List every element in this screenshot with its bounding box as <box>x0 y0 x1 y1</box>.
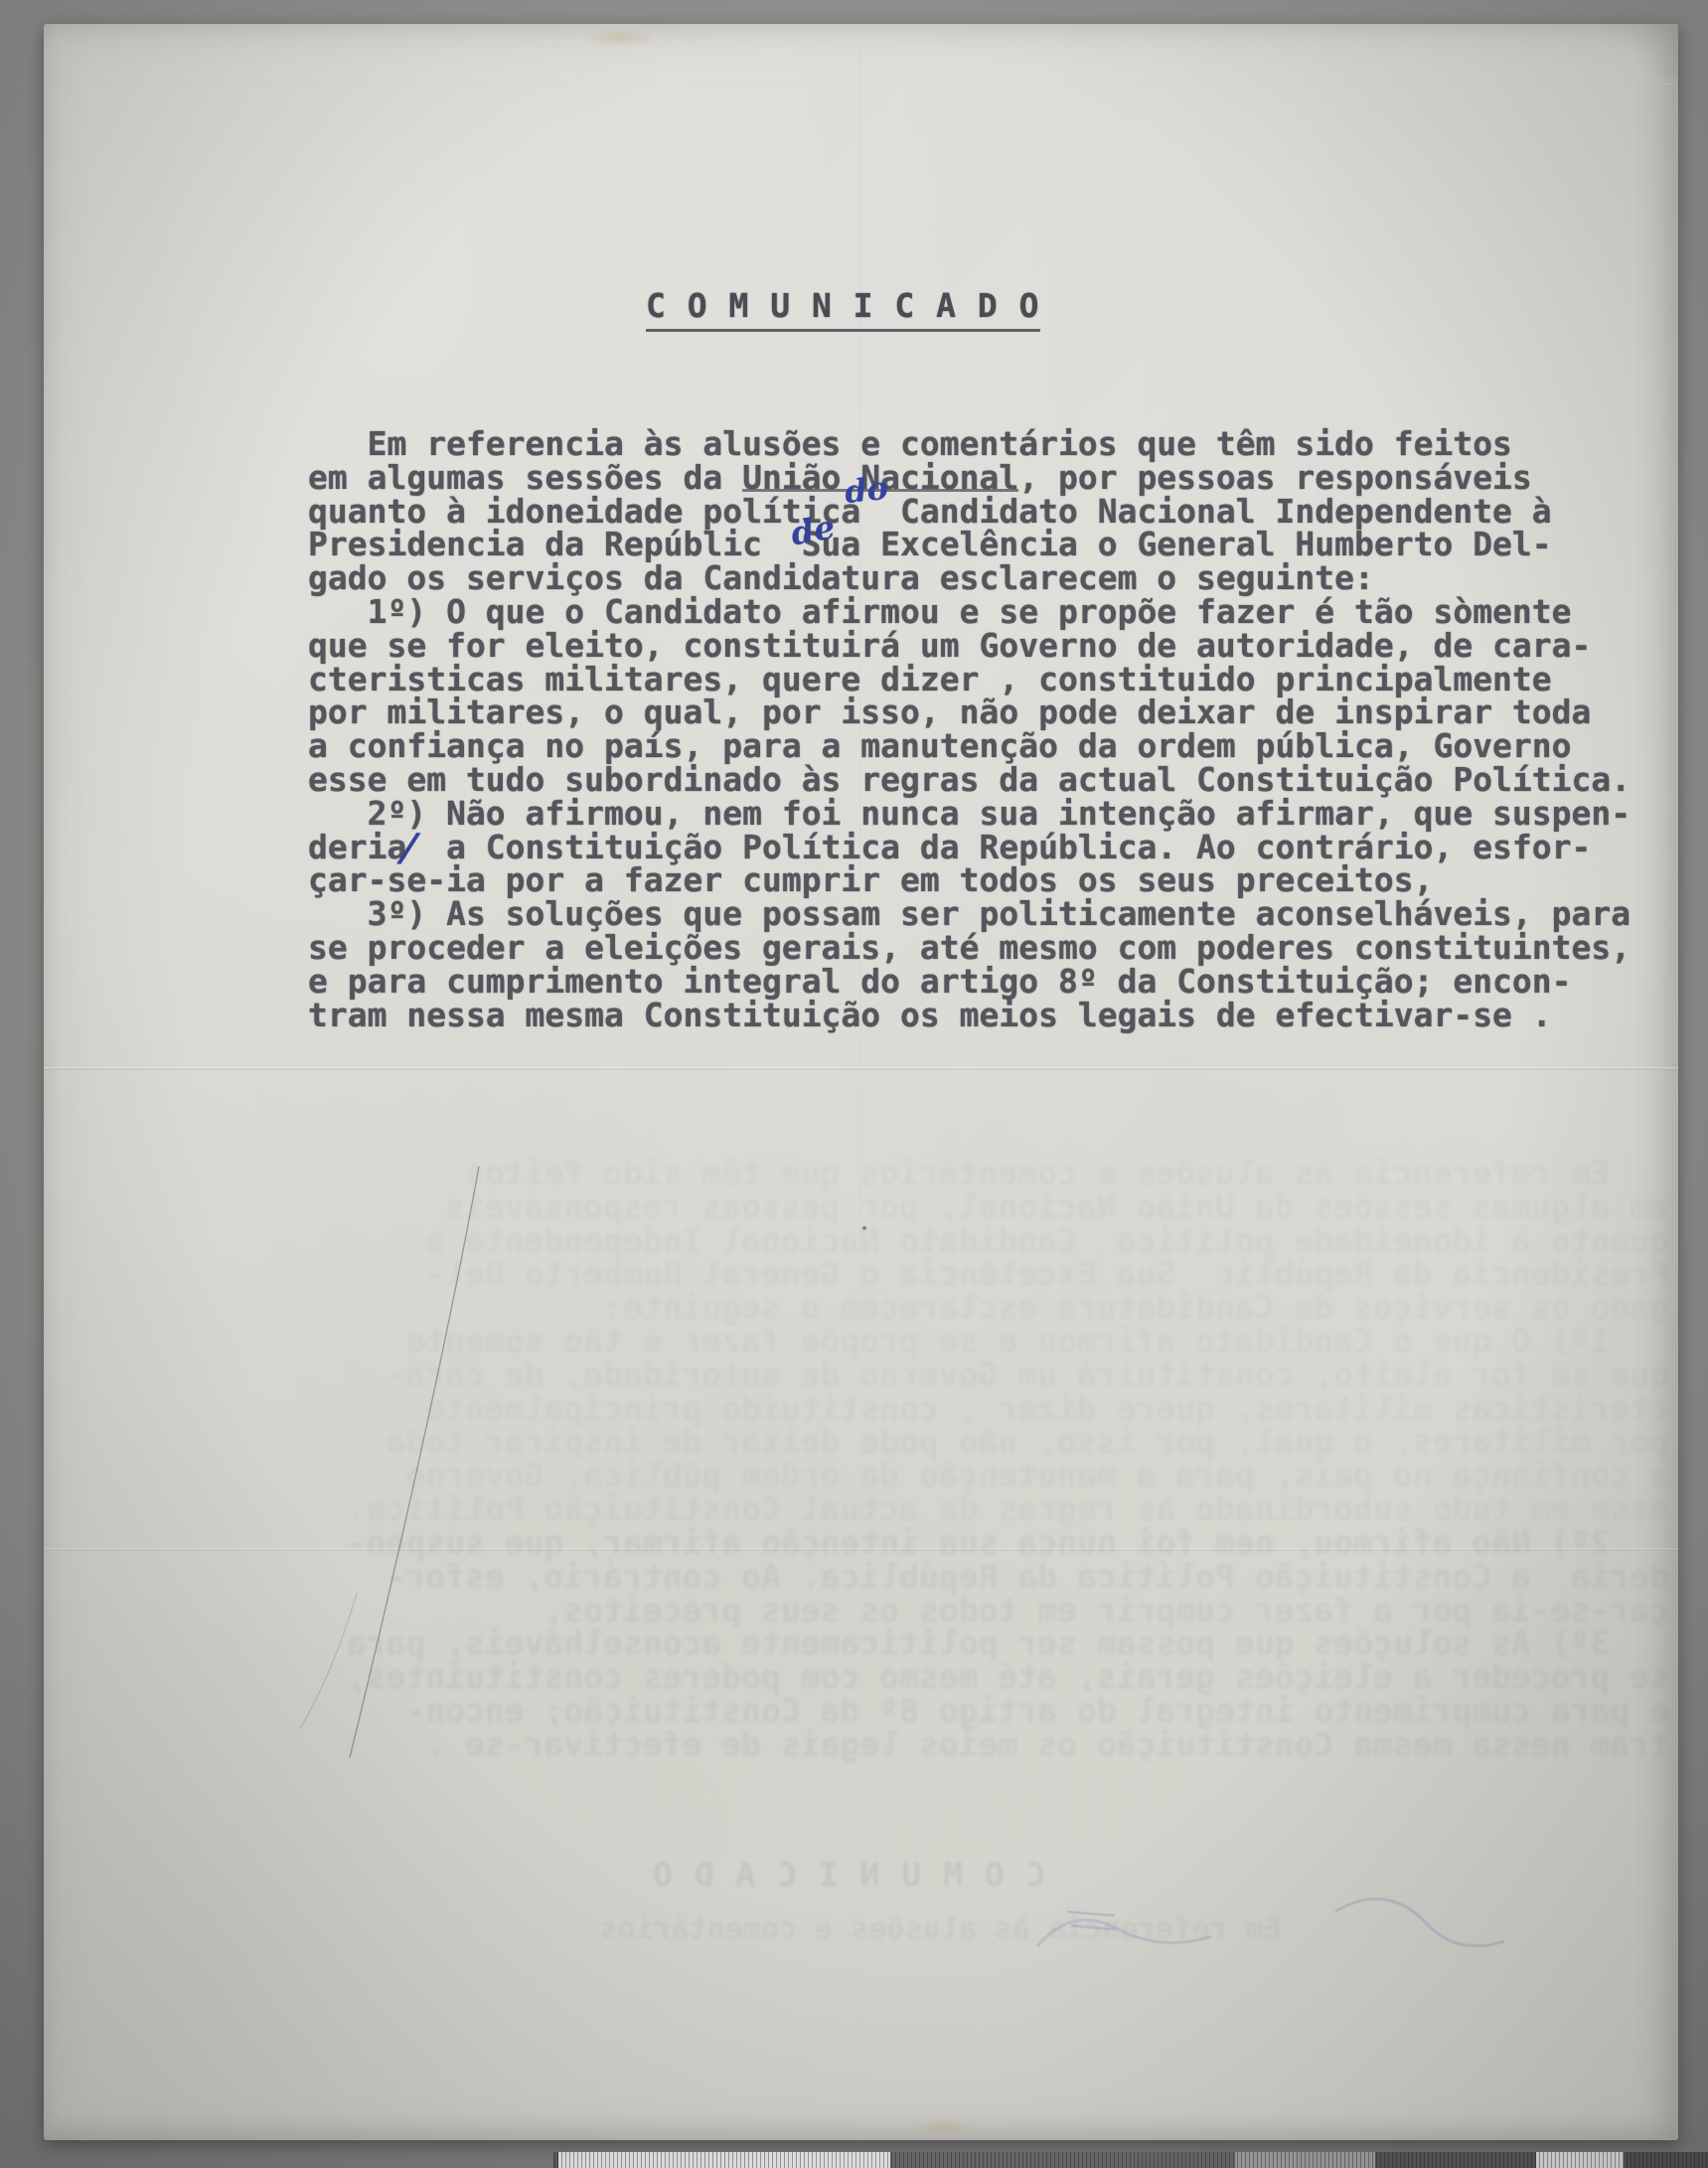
surface-marks <box>44 24 1678 2140</box>
ruler-segment <box>1375 2152 1536 2168</box>
ruler-segment <box>1624 2152 1708 2168</box>
typed-line: 2º) Não afirmou, nem foi nunca sua inten… <box>308 797 1669 831</box>
typed-line: gado os serviços da Candidatura esclarec… <box>308 1291 1669 1324</box>
document-page: C O M U N I C A D O Em referencia às alu… <box>44 24 1678 2140</box>
scratch-line <box>300 1594 357 1728</box>
typed-text-block: Em referencia às alusões e comentários q… <box>308 427 1669 1031</box>
ink-scribble <box>1067 1912 1115 1930</box>
typed-line: por militares, o qual, por isso, não pod… <box>308 1425 1669 1459</box>
typed-line: por militares, o qual, por isso, não pod… <box>308 696 1669 729</box>
handwritten-insertion-de: de <box>788 507 838 552</box>
typed-line: gado os serviços da Candidatura esclarec… <box>308 561 1669 595</box>
ruler-segment <box>1536 2152 1624 2168</box>
typed-line: 3º) As soluções que possam ser politicam… <box>308 1626 1669 1660</box>
typed-line: 1º) O que o Candidato afirmou e se propõ… <box>308 595 1669 629</box>
typed-line: Em referencia às alusões e comentários q… <box>308 1157 1669 1190</box>
bleedthrough-text-lower: 2º) Não afirmou, nem foi nunca sua inten… <box>308 1526 1669 1762</box>
ink-scribble <box>1037 1920 1211 1946</box>
typed-line: esse em tudo subordinado às regras da ac… <box>308 1492 1669 1526</box>
typed-line: e para cumprimento integral do artigo 8º… <box>308 965 1669 999</box>
typed-line: e para cumprimento integral do artigo 8º… <box>308 1694 1669 1728</box>
ruler-segment <box>1235 2152 1375 2168</box>
typed-line: em algumas sessões da União Nacional, po… <box>308 1190 1669 1224</box>
typed-line: se proceder a eleições gerais, até mesmo… <box>308 931 1669 965</box>
fold-crease <box>44 1548 1678 1551</box>
typed-line: deria a Constituição Política da Repúbli… <box>308 831 1669 864</box>
bleedthrough-title: C O M U N I C A D O <box>652 1857 1046 1893</box>
typed-line: esse em tudo subordinado às regras da ac… <box>308 763 1669 797</box>
typed-line: quanto à idoneidade política Candidato N… <box>308 495 1669 529</box>
typed-line: deria a Constituição Política da Repúbli… <box>308 1560 1669 1594</box>
fold-crease <box>858 24 860 2140</box>
typed-line: a confiança no país, para a manutenção d… <box>308 729 1669 763</box>
ink-speck <box>862 1226 866 1230</box>
paper-stain <box>584 28 658 48</box>
typed-line: Presidencia da Repúblic Sua Excelência o… <box>308 528 1669 561</box>
fold-crease <box>44 83 1678 86</box>
handwritten-insertion-do: do <box>843 469 889 511</box>
bleedthrough-line: Em referencia às alusões e comentários q… <box>580 1914 1335 1945</box>
typed-line: çar-se-ia por a fazer cumprir em todos o… <box>308 863 1669 897</box>
typed-line: 2º) Não afirmou, nem foi nunca sua inten… <box>308 1526 1669 1560</box>
fold-crease <box>44 1067 1678 1070</box>
document-title: C O M U N I C A D O <box>646 288 1040 332</box>
typed-line: que se for eleito, constituirá um Govern… <box>308 629 1669 663</box>
ruler-segment <box>558 2152 890 2168</box>
typed-line: cteristicas militares, quere dizer , con… <box>308 663 1669 697</box>
bleedthrough-text-upper: Em referencia às alusões e comentários q… <box>308 1157 1669 1526</box>
paper-stain <box>914 2118 974 2136</box>
typed-line: çar-se-ia por a fazer cumprir em todos o… <box>308 1594 1669 1627</box>
scratch-line <box>350 1166 479 1758</box>
typed-line: se proceder a eleições gerais, até mesmo… <box>308 1660 1669 1694</box>
typed-line: cteristicas militares, quere dizer , con… <box>308 1392 1669 1426</box>
typed-line: tram nessa mesma Constituição os meios l… <box>308 999 1669 1032</box>
typed-line: 1º) O que o Candidato afirmou e se propõ… <box>308 1324 1669 1358</box>
typed-line: quanto à idoneidade política Candidato N… <box>308 1224 1669 1258</box>
ink-scribble <box>1335 1899 1504 1945</box>
ruler-segment <box>890 2152 1235 2168</box>
typed-line: Em referencia às alusões e comentários q… <box>308 427 1669 461</box>
typed-line: a confiança no país, para a manutenção d… <box>308 1459 1669 1492</box>
photo-scale-ruler <box>553 2152 1708 2168</box>
typed-line: Presidencia da Repúblic Sua Excelência o… <box>308 1257 1669 1291</box>
typed-line: 3º) As soluções que possam ser politicam… <box>308 897 1669 931</box>
corner-fold <box>1599 24 1678 77</box>
typed-line: que se for eleito, constituirá um Govern… <box>308 1358 1669 1392</box>
typed-line: tram nessa mesma Constituição os meios l… <box>308 1728 1669 1762</box>
scan-background: { "document": { "title": "C O M U N I C … <box>0 0 1708 2168</box>
